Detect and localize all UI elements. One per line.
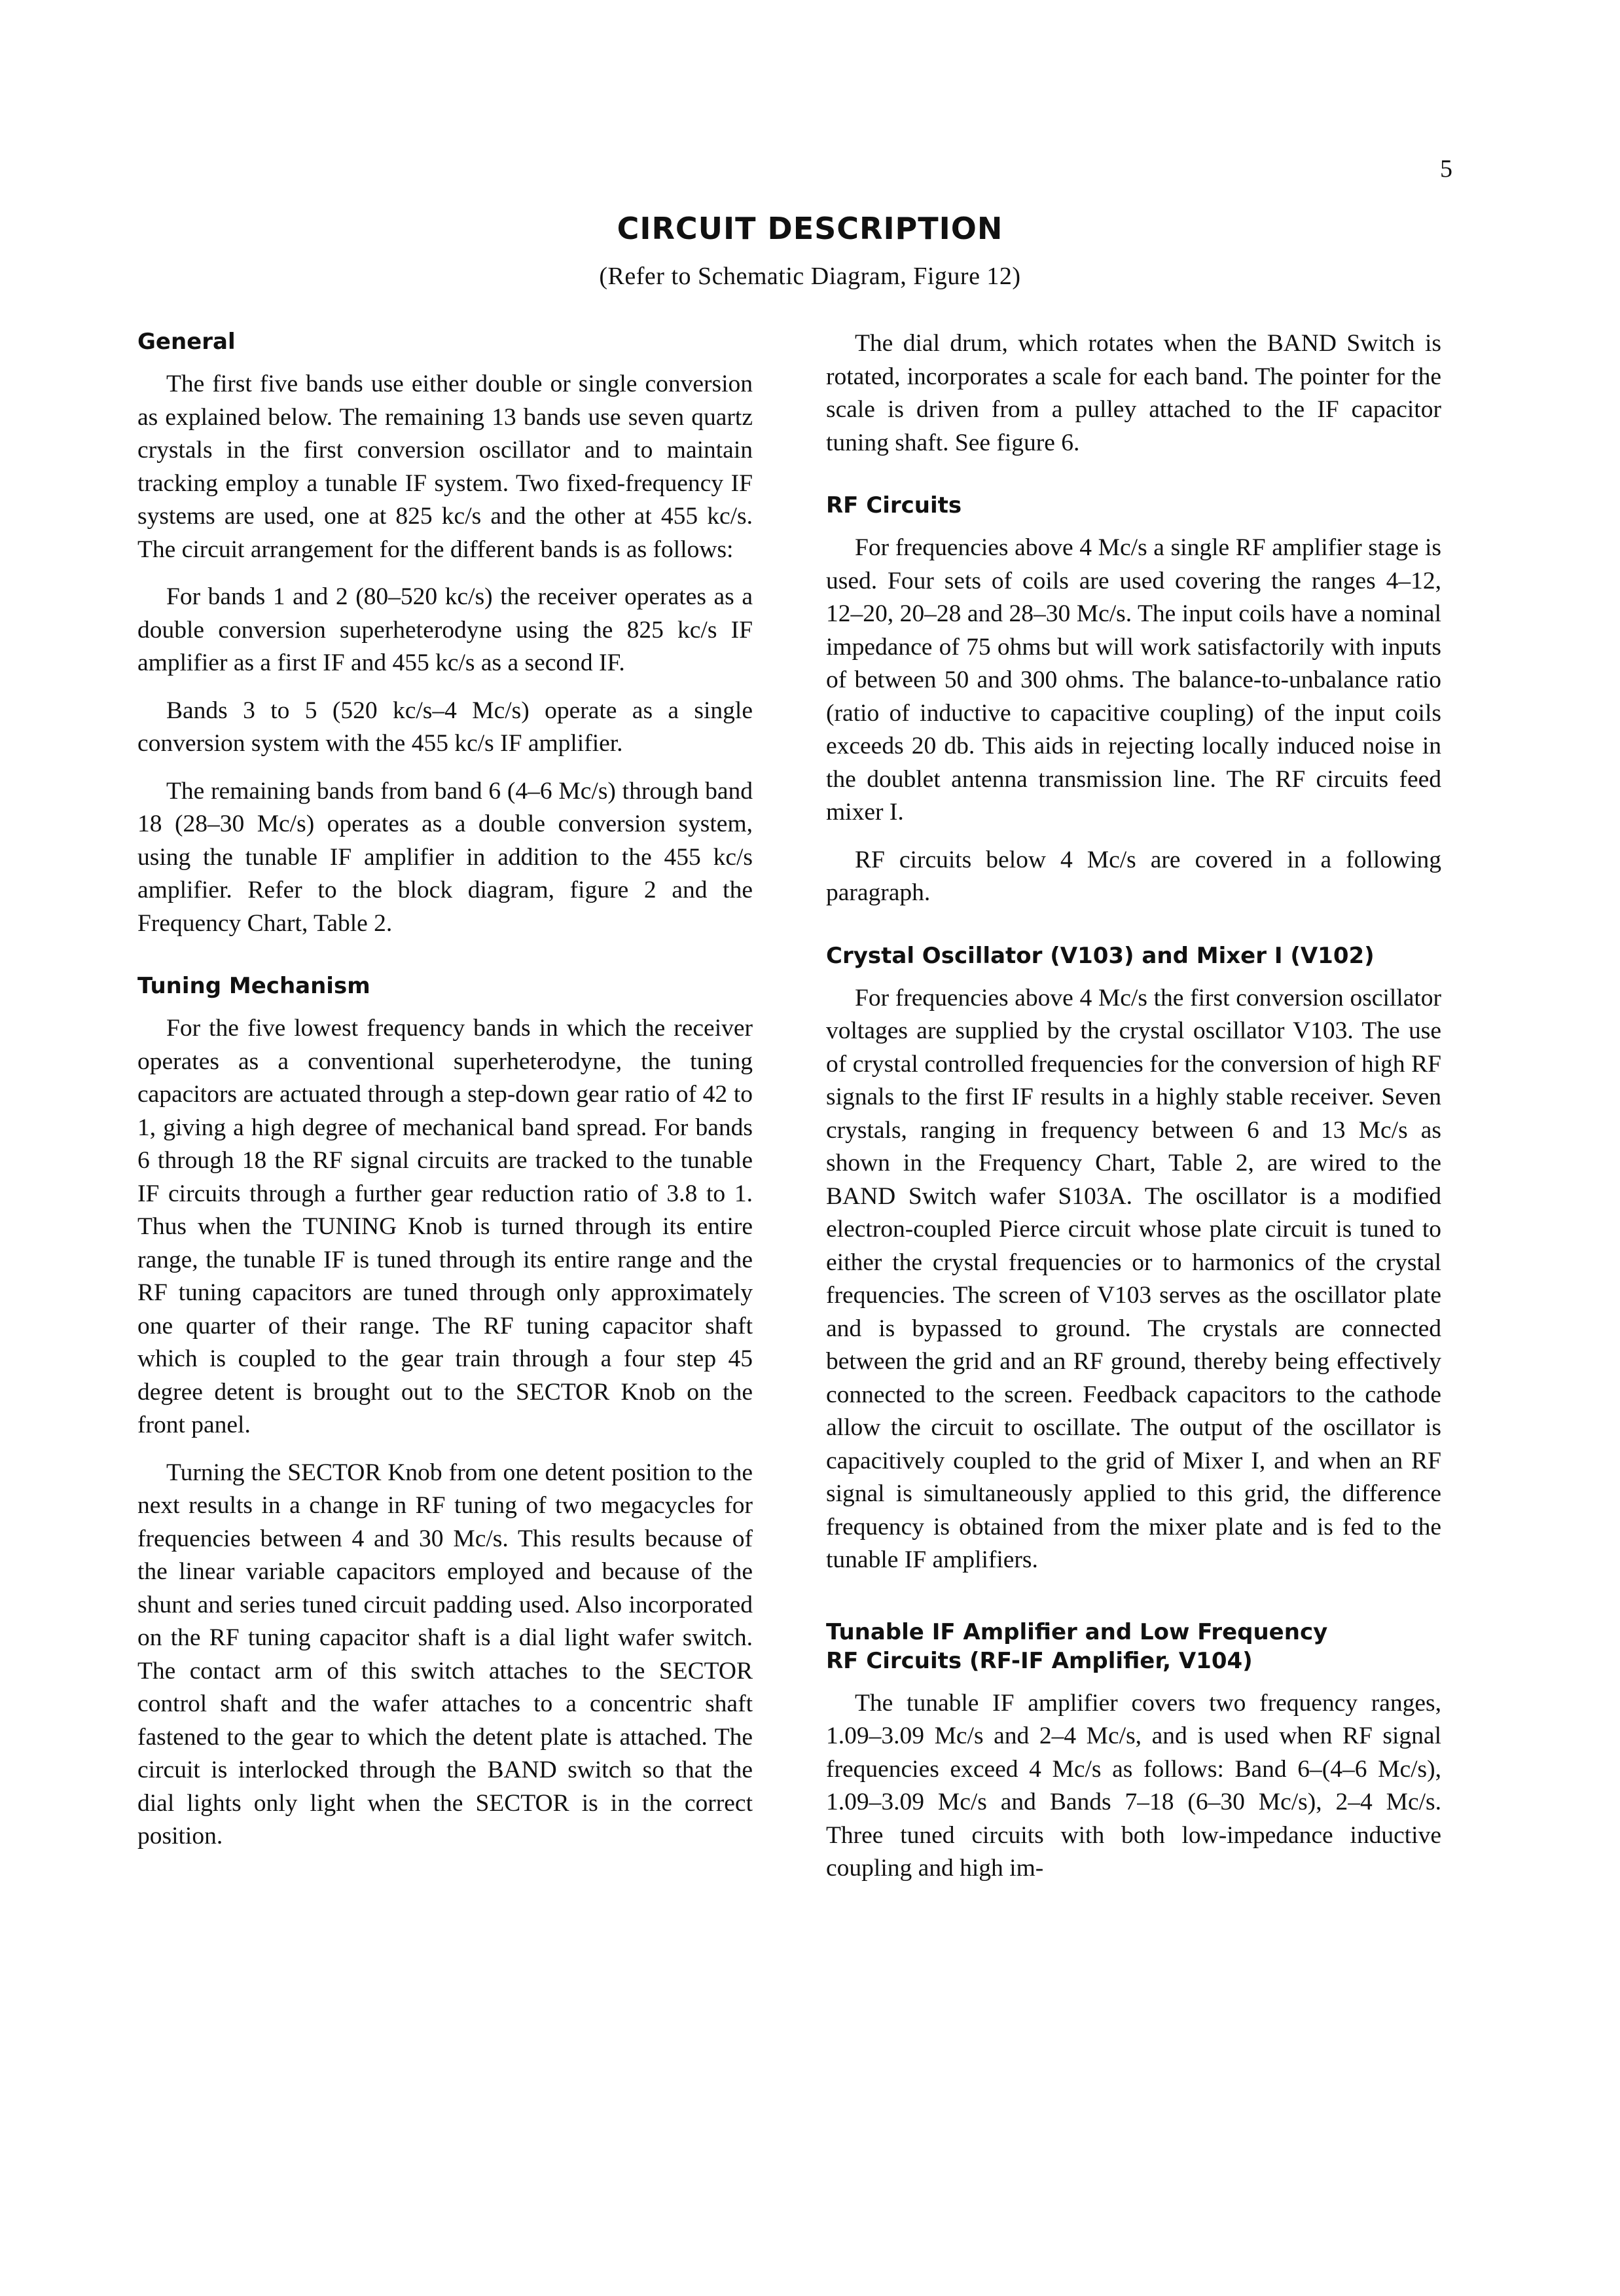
section-heading-rf-circuits: RF Circuits [826, 491, 1441, 520]
spacer [826, 474, 1441, 491]
paragraph: Bands 3 to 5 (520 kc/s–4 Mc/s) operate a… [137, 695, 753, 761]
right-column: The dial drum, which rotates when the BA… [826, 327, 1441, 1900]
paragraph: For the five lowest frequency bands in w… [137, 1012, 753, 1442]
section-heading-tuning-mechanism: Tuning Mechanism [137, 972, 753, 1000]
section-general: General The first five bands use either … [137, 327, 753, 940]
page-subtitle: (Refer to Schematic Diagram, Figure 12) [0, 262, 1620, 291]
paragraph: Turning the SECTOR Knob from one detent … [137, 1457, 753, 1853]
section-tunable-if: Tunable IF Amplifier and Low Frequency R… [826, 1618, 1441, 1886]
paragraph: The dial drum, which rotates when the BA… [826, 327, 1441, 460]
section-tuning-mechanism: Tuning Mechanism For the five lowest fre… [137, 972, 753, 1853]
paragraph: For frequencies above 4 Mc/s a single RF… [826, 532, 1441, 829]
spacer [137, 955, 753, 972]
heading-line-1: Tunable IF Amplifier and Low Frequency [826, 1619, 1327, 1645]
heading-line-2: RF Circuits (RF-IF Amplifier, V104) [826, 1648, 1253, 1674]
section-dial-drum: The dial drum, which rotates when the BA… [826, 327, 1441, 460]
section-rf-circuits: RF Circuits For frequencies above 4 Mc/s… [826, 491, 1441, 910]
page-title: CIRCUIT DESCRIPTION [0, 211, 1620, 246]
paragraph: The tunable IF amplifier covers two freq… [826, 1687, 1441, 1886]
paragraph: For bands 1 and 2 (80–520 kc/s) the rece… [137, 581, 753, 680]
page-number: 5 [1440, 155, 1452, 183]
paragraph: For frequencies above 4 Mc/s the first c… [826, 982, 1441, 1577]
section-heading-general: General [137, 327, 753, 356]
spacer [826, 924, 1441, 941]
left-column: General The first five bands use either … [137, 327, 753, 1868]
spacer [826, 1592, 1441, 1618]
section-heading-crystal-oscillator: Crystal Oscillator (V103) and Mixer I (V… [826, 941, 1441, 970]
paragraph: The remaining bands from band 6 (4–6 Mc/… [137, 775, 753, 941]
paragraph: The first five bands use either double o… [137, 368, 753, 566]
section-crystal-oscillator: Crystal Oscillator (V103) and Mixer I (V… [826, 941, 1441, 1577]
section-heading-tunable-if: Tunable IF Amplifier and Low Frequency R… [826, 1618, 1441, 1675]
paragraph: RF circuits below 4 Mc/s are covered in … [826, 844, 1441, 910]
